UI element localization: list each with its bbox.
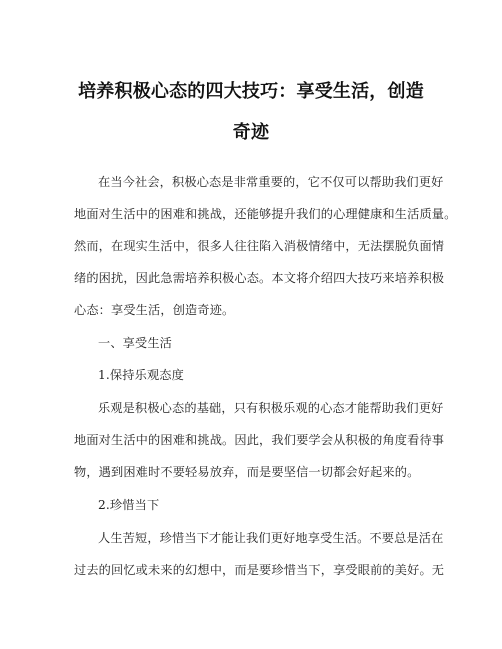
intro-paragraph-line: 绪的困扰，因此急需培养积极心态。本文将介绍四大技巧来培养积极 [74,270,444,286]
intro-paragraph-line: 然而，在现实生活中，很多人往往陷入消极情绪中，无法摆脱负面情 [74,238,444,254]
body-paragraph-line: 过去的回忆或未来的幻想中，而是要珍惜当下，享受眼前的美好。无 [74,562,444,578]
intro-paragraph-line: 地面对生活中的困难和挑战，还能够提升我们的心理健康和生活质量。 [74,206,456,222]
body-paragraph-line: 人生苦短，珍惜当下才能让我们更好地享受生活。不要总是活在 [98,530,443,546]
document-title-line-2: 奇迹 [0,123,502,143]
subsection-heading: 2.珍惜当下 [98,497,159,513]
document-title-line-1: 培养积极心态的四大技巧：享受生活，创造 [0,82,502,102]
subsection-heading: 1.保持乐观态度 [98,367,184,383]
intro-paragraph-line: 心态：享受生活，创造奇迹。 [74,302,234,318]
section-heading: 一、享受生活 [98,335,172,351]
document-page: 培养积极心态的四大技巧：享受生活，创造 奇迹 在当今社会，积极心态是非常重要的，… [0,0,502,649]
body-paragraph-line: 乐观是积极心态的基础，只有积极乐观的心态才能帮助我们更好 [98,400,443,416]
body-paragraph-line: 物，遇到困难时不要轻易放弃，而是要坚信一切都会好起来的。 [74,464,419,480]
intro-paragraph-line: 在当今社会，积极心态是非常重要的，它不仅可以帮助我们更好 [98,174,443,190]
body-paragraph-line: 地面对生活中的困难和挑战。因此，我们要学会从积极的角度看待事 [74,432,444,448]
